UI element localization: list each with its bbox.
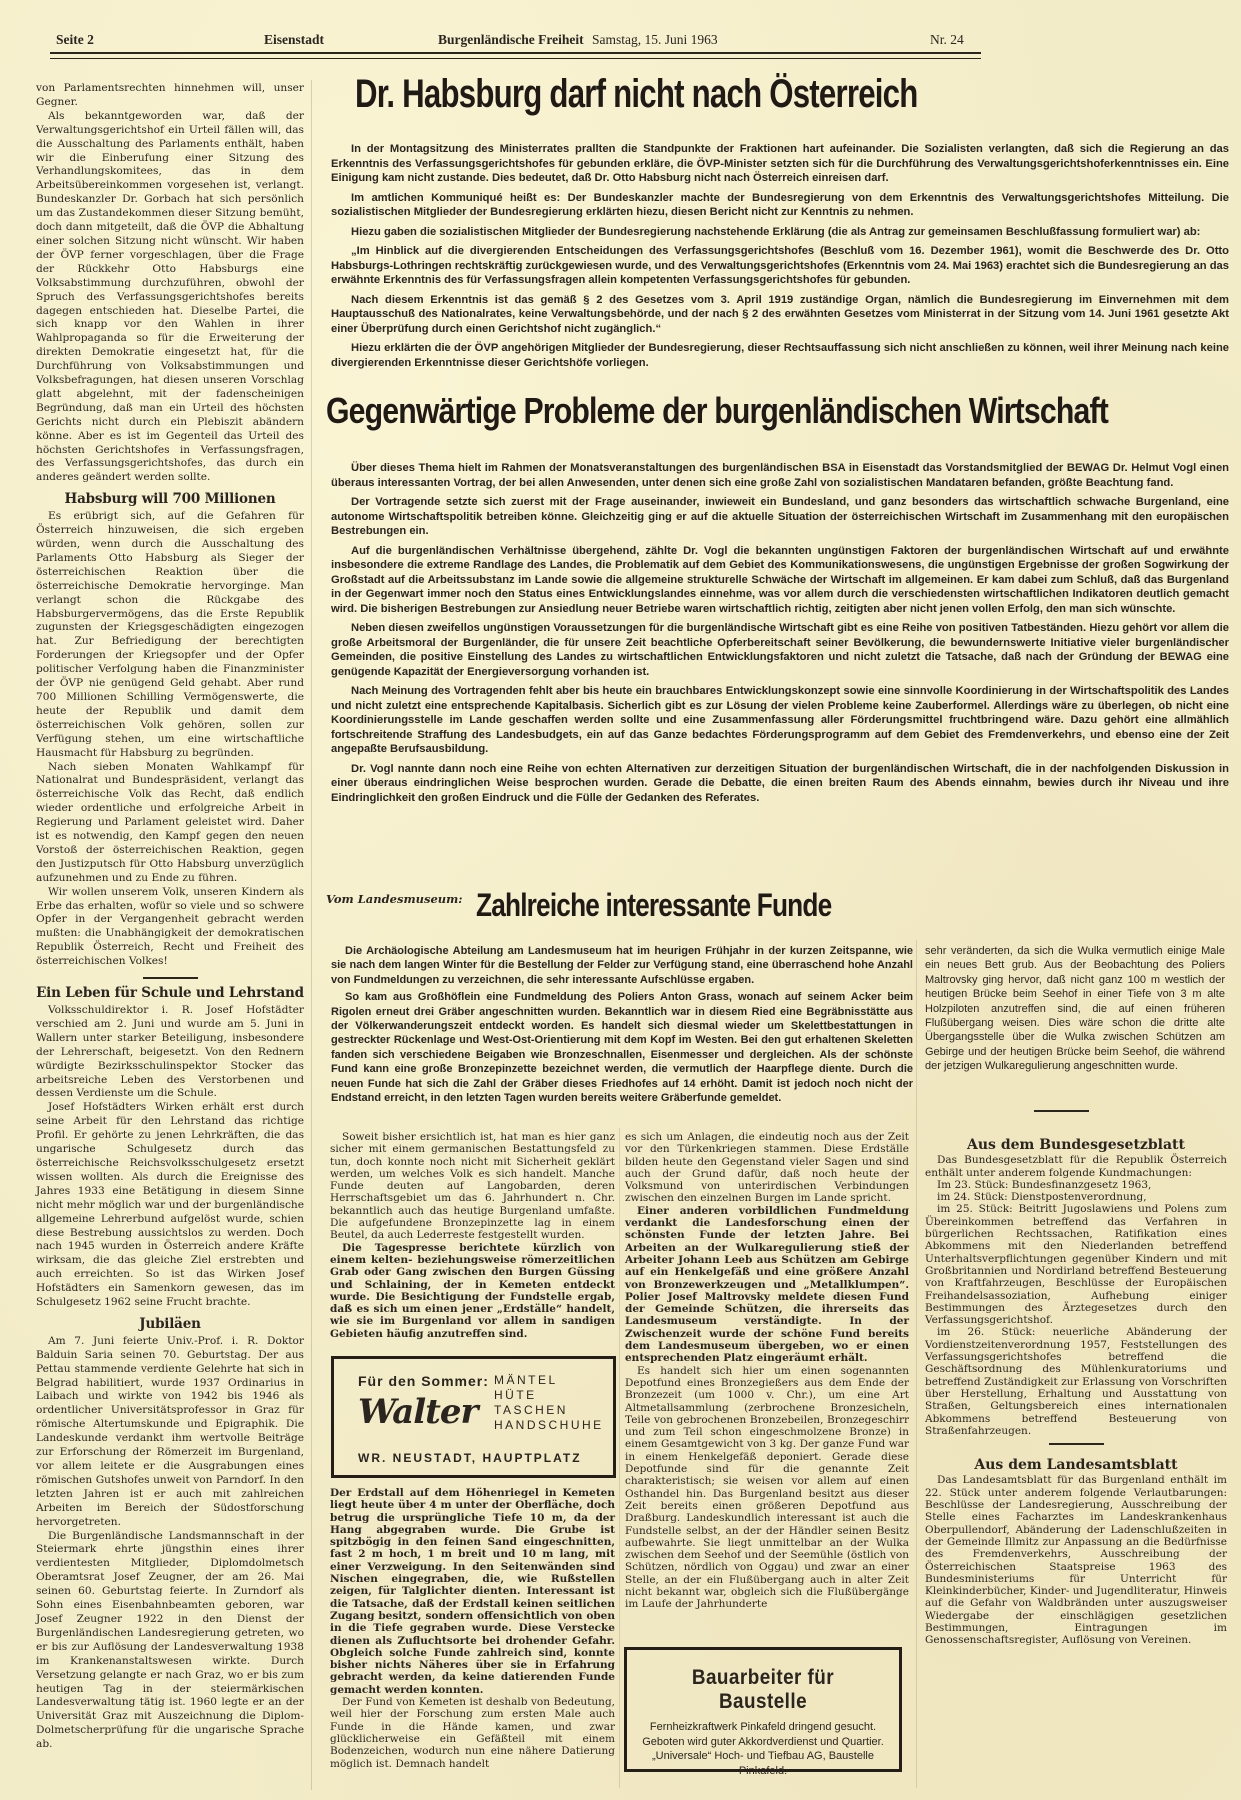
paragraph: Der Fund von Kemeten ist deshalb von Bed… xyxy=(330,1696,615,1770)
paragraph: In der Montagsitzung des Ministerrates p… xyxy=(331,142,1229,186)
paragraph: Dr. Vogl nannte dann noch eine Reihe von… xyxy=(331,762,1229,806)
paragraph: Die Burgenländische Landsmannschaft in d… xyxy=(36,1530,304,1753)
paragraph: So kam aus Großhöflein eine Fundmeldung … xyxy=(331,990,913,1105)
paragraph: sehr veränderten, da sich die Wulka verm… xyxy=(925,944,1225,1074)
ad-walter-items: MÄNTEL HÜTE TASCHEN HANDSCHUHE xyxy=(494,1373,604,1433)
section-heading-jubilaeen: Jubiläen xyxy=(36,1318,304,1332)
paragraph: Hiezu erklärten die der ÖVP angehörigen … xyxy=(331,341,1229,370)
paragraph: Im 23. Stück: Bundesfinanzgesetz 1963, xyxy=(925,1179,1227,1191)
paragraph: „Im Hinblick auf die divergierenden Ents… xyxy=(331,244,1229,288)
page-number: Seite 2 xyxy=(56,32,94,48)
divider xyxy=(1049,1443,1104,1445)
headline-wirtschaft: Gegenwärtige Probleme der burgenländisch… xyxy=(326,390,1108,432)
headline-funde: Zahlreiche interessante Funde xyxy=(476,887,831,924)
paper-name: Burgenländische Freiheit xyxy=(438,32,584,48)
paragraph: Es erübrigt sich, auf die Gefahren für Ö… xyxy=(36,510,304,760)
column-separator xyxy=(916,940,917,1788)
paragraph: Nach diesem Erkenntnis ist das gemäß § 2… xyxy=(331,293,1229,337)
left-column: von Parlamentsrechten hinnehmen will, un… xyxy=(36,82,304,1752)
newspaper-page: Seite 2 Eisenstadt Burgenländische Freih… xyxy=(0,0,1241,1800)
masthead-rule xyxy=(50,52,981,59)
masthead: Seite 2 Eisenstadt Burgenländische Freih… xyxy=(50,32,1050,52)
paragraph: Einer anderen vorbildlichen Fundmeldung … xyxy=(625,1205,909,1365)
article-funde-col-a-bottom: Der Erdstall auf dem Höhenriegel in Keme… xyxy=(330,1487,615,1770)
paragraph: Der Erdstall auf dem Höhenriegel in Keme… xyxy=(330,1487,615,1696)
issue-number: Nr. 24 xyxy=(930,32,964,48)
paragraph: Als bekanntgeworden war, daß der Verwalt… xyxy=(36,110,304,485)
ad-bauarbeiter-body: Fernheizkraftwerk Pinkafeld dringend ges… xyxy=(637,1720,889,1778)
paragraph: Soweit bisher ersichtlich ist, hat man e… xyxy=(330,1131,615,1242)
paragraph: Wir wollen unserem Volk, unseren Kindern… xyxy=(36,886,304,969)
article-funde-right-top: sehr veränderten, da sich die Wulka verm… xyxy=(925,944,1225,1074)
column-separator xyxy=(619,1128,620,1788)
ad-item: MÄNTEL xyxy=(494,1373,604,1388)
ad-walter-address: WR. NEUSTADT, HAUPTPLATZ xyxy=(358,1451,582,1465)
section-heading-bundesgesetzblatt: Aus dem Bundesgesetzblatt xyxy=(925,1139,1227,1151)
paragraph: Josef Hofstädters Wirken erhält erst dur… xyxy=(36,1101,304,1310)
paragraph: Der Vortragende setzte sich zuerst mit d… xyxy=(331,495,1229,539)
paragraph: Hiezu gaben die sozialistischen Mitglied… xyxy=(331,225,1229,240)
paragraph: Die Archäologische Abteilung am Landesmu… xyxy=(331,944,913,987)
paragraph: Volksschuldirektor i. R. Josef Hofstädte… xyxy=(36,1004,304,1101)
section-heading-schule: Ein Leben für Schule und Lehrstand xyxy=(36,987,304,1001)
paragraph: Die Tagespresse berichtete kürzlich von … xyxy=(330,1242,615,1340)
paragraph: Nach sieben Monaten Wahlkampf für Nation… xyxy=(36,761,304,886)
paragraph: Im amtlichen Kommuniqué heißt es: Der Bu… xyxy=(331,191,1229,220)
ad-item: HÜTE xyxy=(494,1388,604,1403)
paragraph: im 26. Stück: neuerliche Abänderung der … xyxy=(925,1326,1227,1437)
paragraph: von Parlamentsrechten hinnehmen will, un… xyxy=(36,82,304,110)
paragraph: Das Landesamtsblatt für das Burgenland e… xyxy=(925,1474,1227,1646)
divider xyxy=(143,977,198,979)
paragraph: Am 7. Juni feierte Univ.-Prof. i. R. Dok… xyxy=(36,1335,304,1530)
paragraph: im 24. Stück: Dienstpostenverordnung, xyxy=(925,1191,1227,1203)
paragraph: Nach Meinung des Vortragenden fehlt aber… xyxy=(331,684,1229,757)
article-funde-col-b: es sich um Anlagen, die eindeutig noch a… xyxy=(625,1131,909,1611)
ad-walter: Für den Sommer: Walter MÄNTEL HÜTE TASCH… xyxy=(331,1356,616,1478)
section-heading-landesamtsblatt: Aus dem Landesamtsblatt xyxy=(925,1459,1227,1471)
ad-item: HANDSCHUHE xyxy=(494,1418,604,1433)
column-separator xyxy=(311,80,312,1790)
article-funde-lead: Die Archäologische Abteilung am Landesmu… xyxy=(331,944,913,1108)
section-heading-habsburg: Habsburg will 700 Millionen xyxy=(36,493,304,507)
paragraph: Das Bundesgesetzblatt für die Republik Ö… xyxy=(925,1154,1227,1179)
headline-habsburg: Dr. Habsburg darf nicht nach Österreich xyxy=(355,72,918,117)
issue-date: Samstag, 15. Juni 1963 xyxy=(592,32,718,48)
city-name: Eisenstadt xyxy=(264,32,324,48)
ad-item: TASCHEN xyxy=(494,1403,604,1418)
article-habsburg-body: In der Montagsitzung des Ministerrates p… xyxy=(331,142,1229,375)
paragraph: im 25. Stück: Beitritt Jugoslawiens und … xyxy=(925,1203,1227,1326)
paragraph: Auf die burgenländischen Verhältnisse üb… xyxy=(331,544,1229,617)
paragraph: Es handelt sich hier um einen sogenannte… xyxy=(625,1365,909,1611)
paragraph: Über dieses Thema hielt im Rahmen der Mo… xyxy=(331,461,1229,490)
article-funde-col-a: Soweit bisher ersichtlich ist, hat man e… xyxy=(330,1131,615,1340)
paragraph: Neben diesen zweifellos ungünstigen Vora… xyxy=(331,621,1229,679)
article-wirtschaft-body: Über dieses Thema hielt im Rahmen der Mo… xyxy=(331,461,1229,810)
kicker-landesmuseum: Vom Landesmuseum: xyxy=(326,892,463,906)
ad-bauarbeiter-title: Bauarbeiter für Baustelle xyxy=(650,1666,877,1714)
right-column: Aus dem Bundesgesetzblatt Das Bundesgese… xyxy=(925,1133,1227,1647)
divider xyxy=(1034,1110,1089,1112)
ad-walter-brand: Walter xyxy=(358,1392,477,1432)
paragraph: es sich um Anlagen, die eindeutig noch a… xyxy=(625,1131,909,1205)
ad-bauarbeiter: Bauarbeiter für Baustelle Fernheizkraftw… xyxy=(624,1647,902,1772)
